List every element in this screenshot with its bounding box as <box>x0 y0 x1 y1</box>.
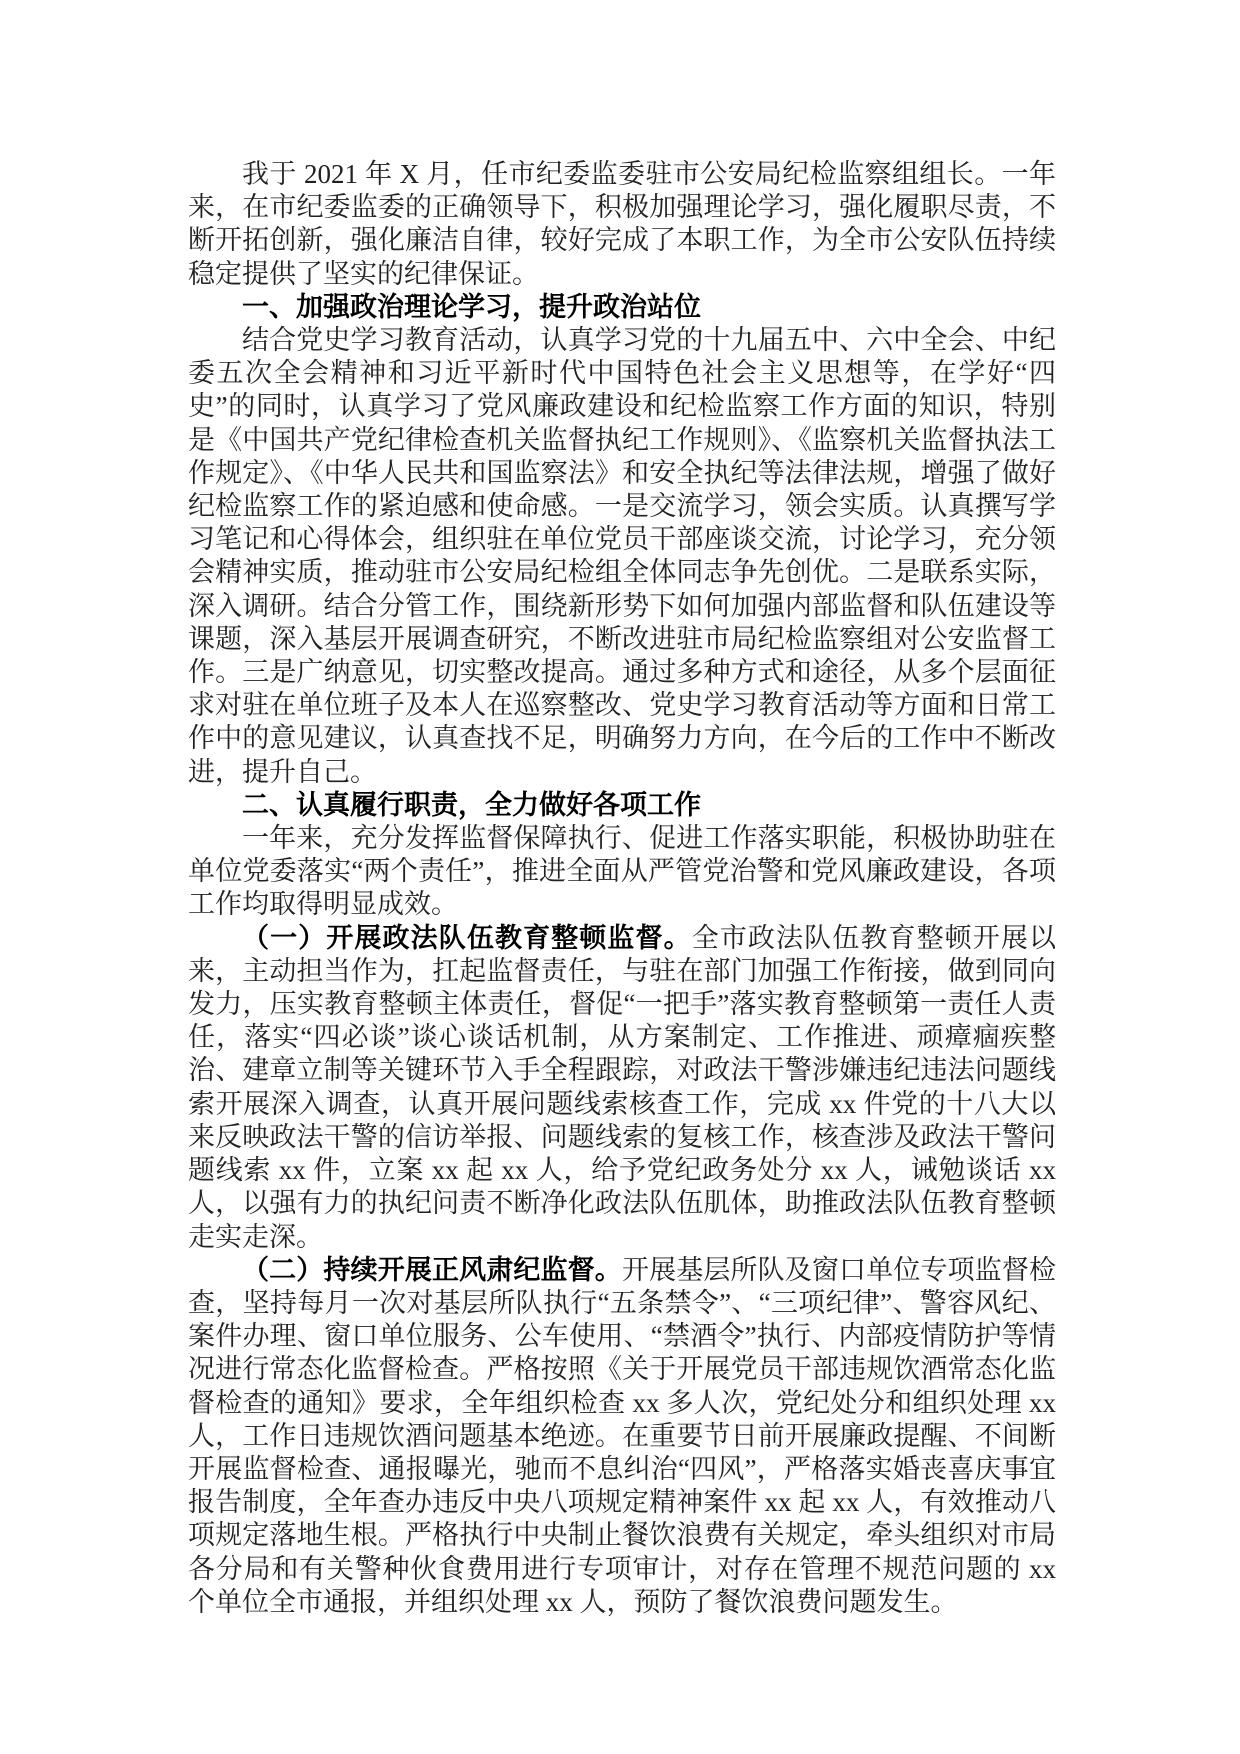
section-1-heading: 一、加强政治理论学习，提升政治站位 <box>188 291 1056 324</box>
subsection-2-paragraph: （二）持续开展正风肃纪监督。开展基层所队及窗口单位专项监督检查，坚持每月一次对基… <box>188 1254 1056 1619</box>
document-page: 我于 2021 年 X 月，任市纪委监委驻市公安局纪检监察组组长。一年来，在市纪… <box>0 0 1240 1754</box>
subsection-2-lead: （二）持续开展正风肃纪监督。 <box>242 1255 622 1285</box>
subsection-1-paragraph: （一）开展政法队伍教育整顿监督。全市政法队伍教育整顿开展以来，主动担当作为，扛起… <box>188 922 1056 1254</box>
subsection-1-lead: （一）开展政法队伍教育整顿监督。 <box>242 923 692 953</box>
section-1-paragraph: 结合党史学习教育活动，认真学习党的十九届五中、六中全会、中纪委五次全会精神和习近… <box>188 324 1056 789</box>
subsection-2-text: 开展基层所队及窗口单位专项监督检查，坚持每月一次对基层所队执行“五条禁令”、“三… <box>188 1255 1056 1617</box>
intro-paragraph: 我于 2021 年 X 月，任市纪委监委驻市公安局纪检监察组组长。一年来，在市纪… <box>188 158 1056 291</box>
document-body: 我于 2021 年 X 月，任市纪委监委驻市公安局纪检监察组组长。一年来，在市纪… <box>188 158 1056 1619</box>
subsection-1-text: 全市政法队伍教育整顿开展以来，主动担当作为，扛起监督责任，与驻在部门加强工作衔接… <box>188 923 1056 1252</box>
section-2-heading: 二、认真履行职责，全力做好各项工作 <box>188 789 1056 822</box>
section-2-intro-paragraph: 一年来，充分发挥监督保障执行、促进工作落实职能，积极协助驻在单位党委落实“两个责… <box>188 822 1056 922</box>
